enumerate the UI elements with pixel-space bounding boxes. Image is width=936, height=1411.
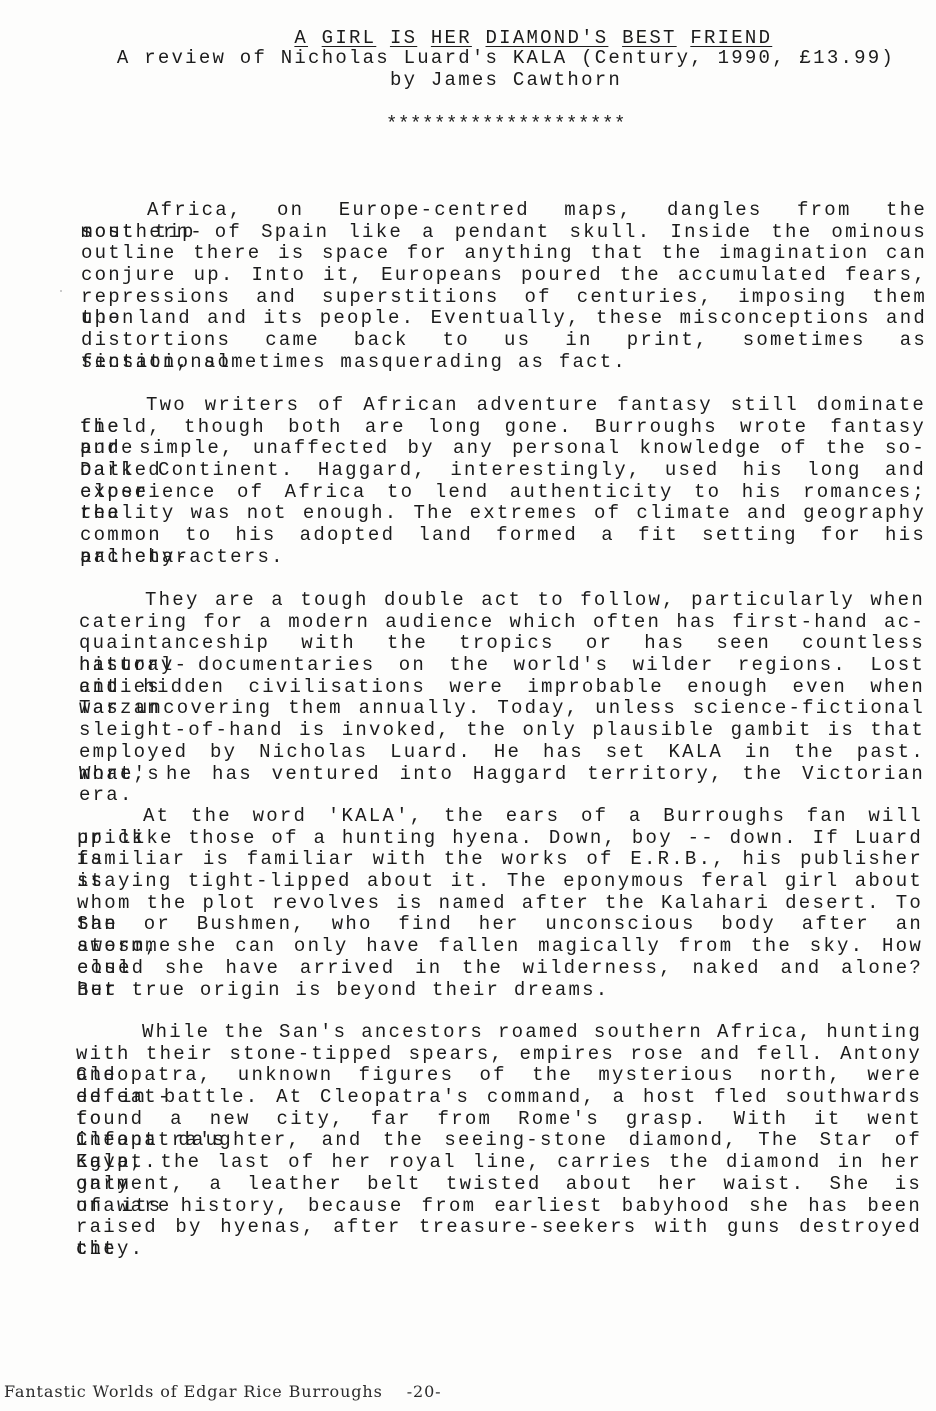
title-word: IS: [390, 27, 417, 49]
paragraph-line: was uncovering them annually. Today, unl…: [79, 698, 925, 720]
footer-publication: Fantastic Worlds of Edgar Rice Burroughs: [4, 1382, 383, 1401]
paragraph-line: Dark Continent. Haggard, interestingly, …: [80, 460, 926, 482]
paragraph-line: At the word 'KALA', the ears of a Burrou…: [77, 806, 923, 828]
paragraph-line: found a new city, far from Rome's grasp.…: [76, 1109, 922, 1131]
paragraph-line: up like those of a hunting hyena. Down, …: [77, 828, 923, 850]
paragraph-line: and hidden civilisations were improbable…: [79, 677, 925, 699]
title-word: HER: [431, 27, 472, 49]
paragraph-line: San or Bushmen, who find her unconscious…: [77, 914, 923, 936]
paragraph-line: reality was not enough. The extremes of …: [80, 503, 926, 525]
body-paragraph: They are a tough double act to follow, p…: [79, 590, 925, 785]
paragraph-line: While the San's ancestors roamed souther…: [76, 1022, 922, 1044]
paragraph-line: experience of Africa to lend authenticit…: [80, 482, 926, 504]
body-paragraph: At the word 'KALA', the ears of a Burrou…: [77, 806, 923, 1001]
body-paragraph: Two writers of African adventure fantasy…: [80, 395, 926, 569]
paragraph-line: storm, she can only have fallen magicall…: [77, 936, 923, 958]
scan-speck: [60, 290, 62, 292]
footer-page-number: -20-: [407, 1382, 442, 1401]
page-footer: Fantastic Worlds of Edgar Rice Burroughs…: [4, 1382, 441, 1401]
paragraph-line: most tip of Spain like a pendant skull. …: [81, 222, 927, 244]
paragraph-line: employed by Nicholas Luard. He has set K…: [79, 742, 925, 764]
paragraph-line: Two writers of African adventure fantasy…: [80, 395, 926, 417]
paragraph-line: Kala, the last of her royal line, carrie…: [76, 1152, 922, 1174]
paragraph-line: Cleopatra, unknown figures of the myster…: [76, 1065, 922, 1087]
paragraph-line: infant daughter, and the seeing-stone di…: [76, 1130, 922, 1152]
title-word: DIAMOND'S: [486, 27, 609, 49]
title-word: FRIEND: [690, 27, 772, 49]
paragraph-line: familiar is familiar with the works of E…: [77, 849, 923, 871]
paragraph-line: garment, a leather belt twisted about he…: [76, 1174, 922, 1196]
section-separator: ********************: [0, 116, 936, 132]
paragraph-line: outline there is space for anything that…: [81, 243, 927, 265]
paragraph-line: raised by hyenas, after treasure-seekers…: [76, 1217, 922, 1239]
article-subtitle: A review of Nicholas Luard's KALA (Centu…: [0, 47, 936, 69]
title-word: BEST: [622, 27, 677, 49]
title-word: GIRL: [322, 27, 377, 49]
paragraph-line: and simple, unaffected by any personal k…: [80, 438, 926, 460]
paragraph-line: the land and its people. Eventually, the…: [81, 308, 927, 330]
paragraph-line: staying tight-lipped about it. The epony…: [77, 871, 923, 893]
paragraph-line: sleight-of-hand is invoked, the only pla…: [79, 720, 925, 742]
paragraph-line: ed in battle. At Cleopatra's command, a …: [76, 1087, 922, 1109]
paragraph-line: could she have arrived in the wilderness…: [77, 958, 923, 980]
paragraph-line: fiction, sometimes masquerading as fact.: [81, 352, 927, 374]
paragraph-line: They are a tough double act to follow, p…: [79, 590, 925, 612]
paragraph-line: conjure up. Into it, Europeans poured th…: [81, 265, 927, 287]
paragraph-line: common to his adopted land formed a fit …: [80, 525, 926, 547]
paragraph-line: quaintanceship with the tropics or has s…: [79, 633, 925, 655]
paragraph-line: distortions came back to us in print, so…: [81, 330, 927, 352]
paragraph-line: history documentaries on the world's wil…: [79, 655, 925, 677]
paragraph-line: city.: [76, 1239, 922, 1261]
paragraph-line: field, though both are long gone. Burrou…: [80, 417, 926, 439]
paragraph-line: whom the plot revolves is named after th…: [77, 893, 923, 915]
paragraph-line: more, he has ventured into Haggard terri…: [79, 764, 925, 786]
paragraph-line: with their stone-tipped spears, empires …: [76, 1044, 922, 1066]
body-paragraph: While the San's ancestors roamed souther…: [76, 1022, 922, 1261]
paragraph-line: of its history, because from earliest ba…: [76, 1196, 922, 1218]
article-byline: by James Cawthorn: [0, 69, 936, 91]
paragraph-line: repressions and superstitions of centuri…: [81, 287, 927, 309]
paragraph-line: pal characters.: [80, 547, 926, 569]
paragraph-line: catering for a modern audience which oft…: [79, 612, 925, 634]
document-page: A GIRL IS HER DIAMOND'S BEST FRIEND A re…: [0, 0, 936, 1411]
body-paragraph: Africa, on Europe-centred maps, dangles …: [81, 200, 927, 374]
paragraph-line: Africa, on Europe-centred maps, dangles …: [81, 200, 927, 222]
title-word: A: [294, 27, 308, 49]
paragraph-line: her true origin is beyond their dreams.: [77, 980, 923, 1002]
